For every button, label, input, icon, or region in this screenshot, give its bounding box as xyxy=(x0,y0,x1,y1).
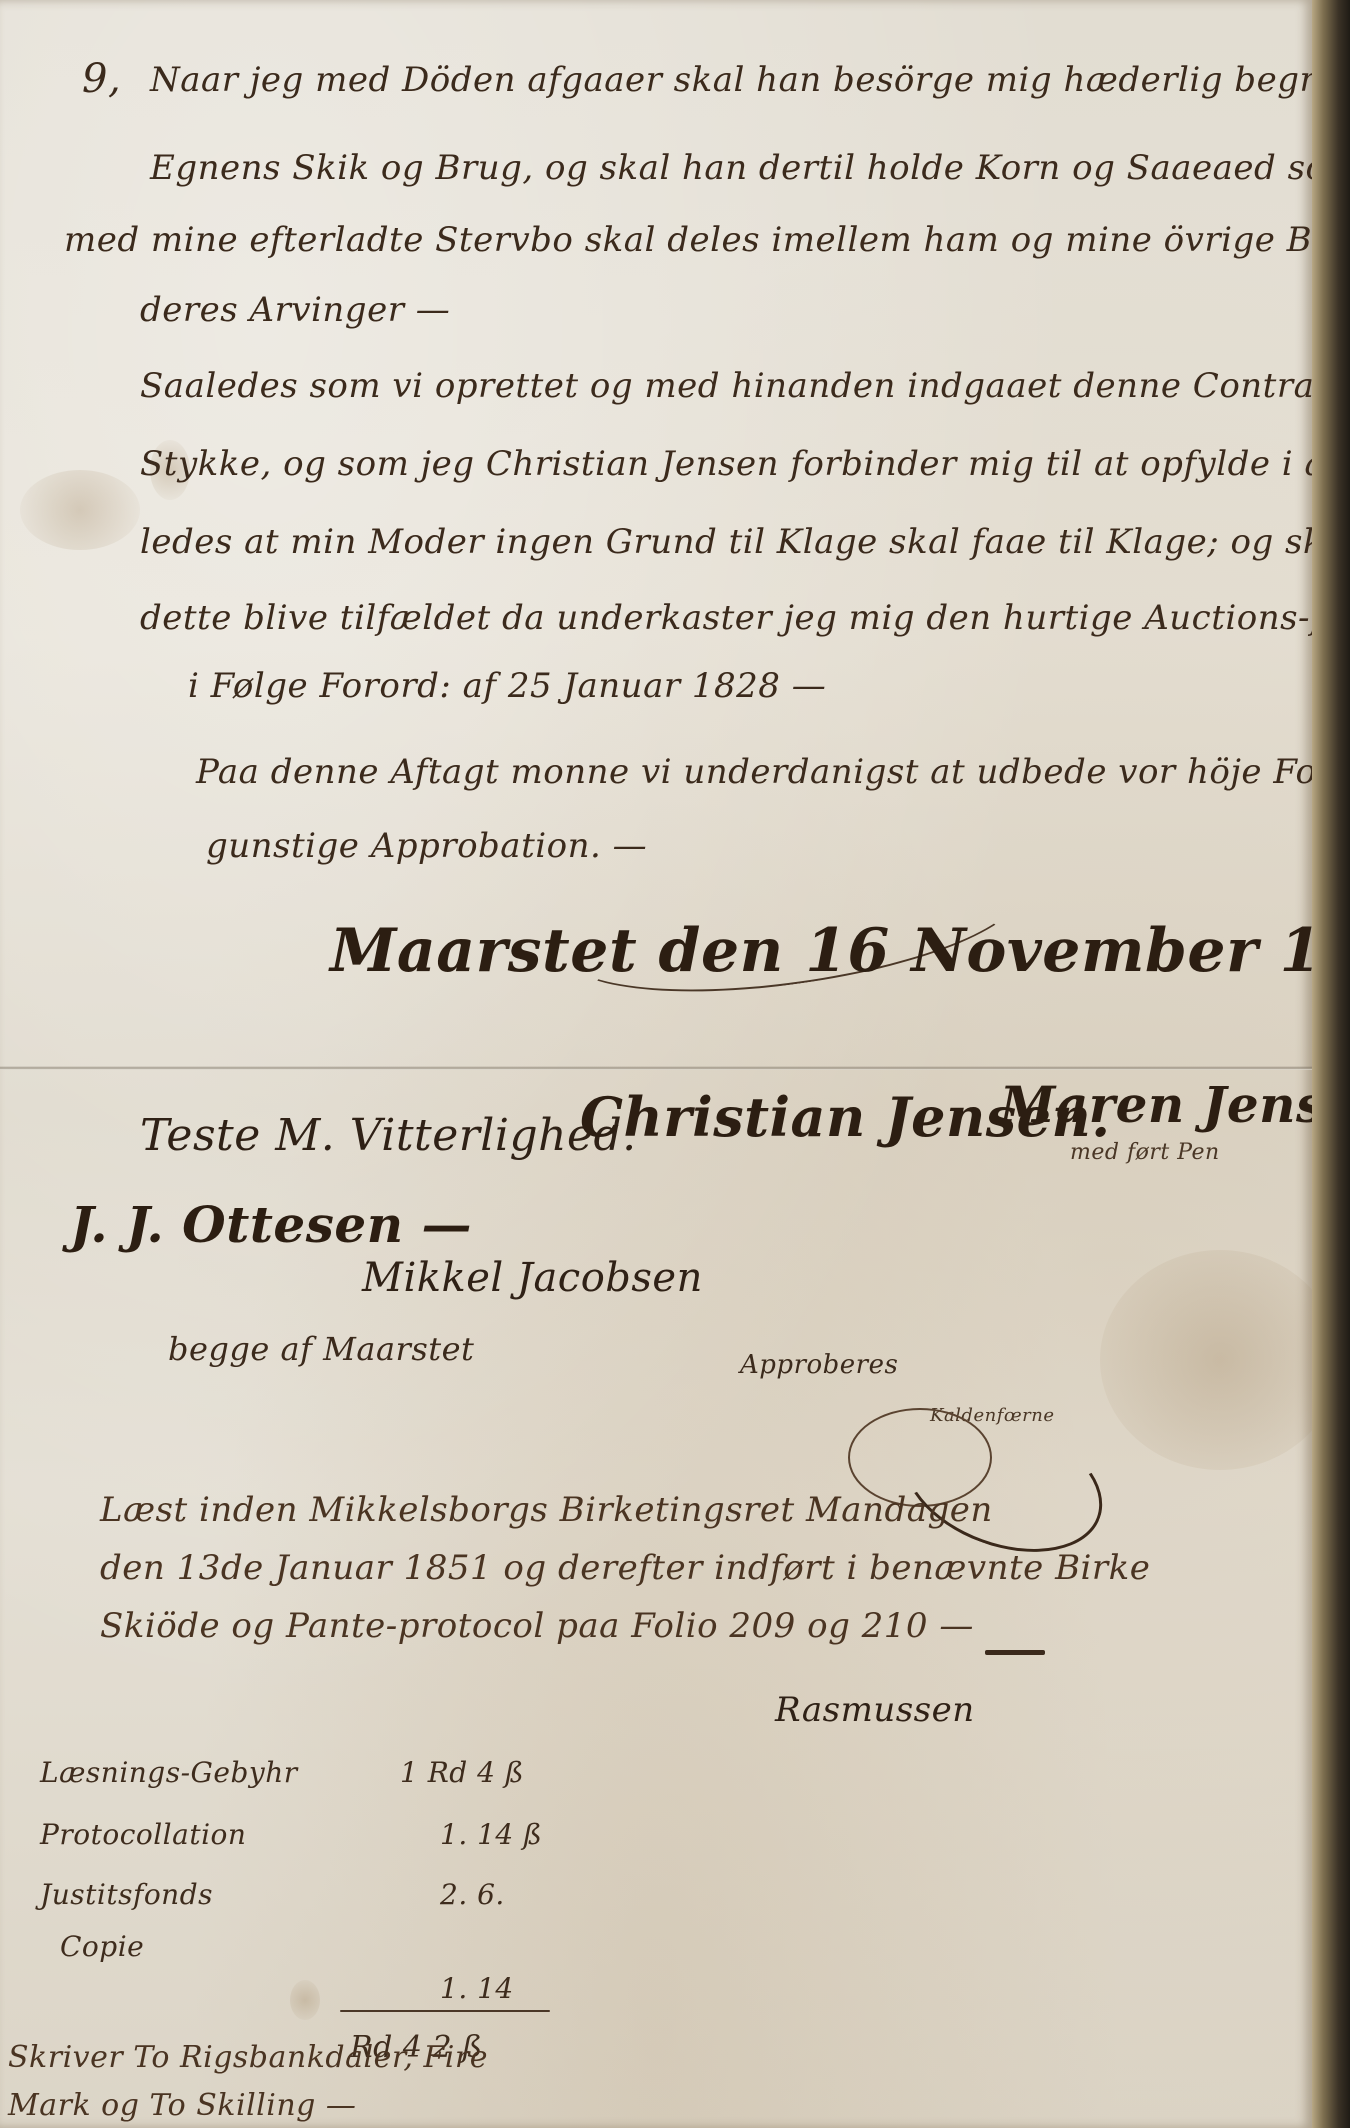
fee-label: Justitsfonds xyxy=(40,1878,213,1911)
contract-line: gunstige Approbation. — xyxy=(206,826,647,866)
registration-line: Skiöde og Pante-protocol paa Folio 209 o… xyxy=(100,1606,974,1646)
witness-signature-ottesen: J. J. Ottesen — xyxy=(70,1195,472,1254)
fee-amount: 1 Rd 4 ß xyxy=(400,1756,524,1789)
clause-number: 9, xyxy=(82,56,121,102)
fee-label: Protocollation xyxy=(40,1818,246,1851)
paper-stain xyxy=(20,470,140,550)
paper-stain xyxy=(1100,1250,1340,1470)
contract-line: dette blive tilfældet da underkaster jeg… xyxy=(140,598,1350,638)
signature-maren-jensdatter: Maren Jensdatter xyxy=(1000,1075,1350,1134)
place-date: Maarstet den 16 November 1850 — xyxy=(330,916,1350,986)
registrar-signature: Rasmussen xyxy=(775,1690,975,1730)
end-mark xyxy=(985,1650,1045,1655)
fee-amount: 1. 14 ß xyxy=(440,1818,542,1851)
signature-note: med ført Pen xyxy=(1070,1140,1220,1165)
fee-amount: 1. 14 xyxy=(440,1972,514,2005)
contract-line: i Følge Forord: af 25 Januar 1828 — xyxy=(188,666,826,706)
approval-label: Approberes xyxy=(740,1350,898,1380)
witness-signature: Teste M. Vitterlighed. xyxy=(140,1110,637,1161)
contract-line: deres Arvinger — xyxy=(140,290,450,330)
witness-signature-mikkel-jacobsen: Mikkel Jacobsen xyxy=(362,1255,703,1301)
registration-line: Læst inden Mikkelsborgs Birketingsret Ma… xyxy=(100,1490,993,1530)
contract-line: Stykke, og som jeg Christian Jensen forb… xyxy=(140,444,1350,484)
fee-amount: 2. 6. xyxy=(440,1878,505,1911)
document-page: 9, Naar jeg med Döden afgaaer skal han b… xyxy=(0,0,1312,2128)
fee-label: Copie xyxy=(60,1930,144,1963)
total-in-words-line: Mark og To Skilling — xyxy=(8,2088,356,2123)
total-in-words-line: Skriver To Rigsbankdaler, Fire xyxy=(8,2040,488,2075)
contract-line: Paa denne Aftagt monne vi underdanigst a… xyxy=(196,752,1350,792)
witness-residence-note: begge af Maarstet xyxy=(168,1330,474,1368)
contract-line: ledes at min Moder ingen Grund til Klage… xyxy=(140,522,1350,562)
contract-line: Saaledes som vi oprettet og med hinanden… xyxy=(140,366,1350,406)
paper-fold xyxy=(0,1066,1312,1070)
contract-line: Naar jeg med Döden afgaaer skal han besö… xyxy=(150,60,1350,100)
contract-line: Egnens Skik og Brug, og skal han dertil … xyxy=(150,148,1350,188)
total-rule xyxy=(340,2010,550,2012)
contract-line: med mine efterladte Stervbo skal deles i… xyxy=(64,220,1350,260)
registration-line: den 13de Januar 1851 og derefter indført… xyxy=(100,1548,1150,1588)
paper-stain xyxy=(290,1980,320,2020)
fee-label: Læsnings-Gebyhr xyxy=(40,1756,298,1789)
page-edge-shadow xyxy=(1312,0,1350,2128)
